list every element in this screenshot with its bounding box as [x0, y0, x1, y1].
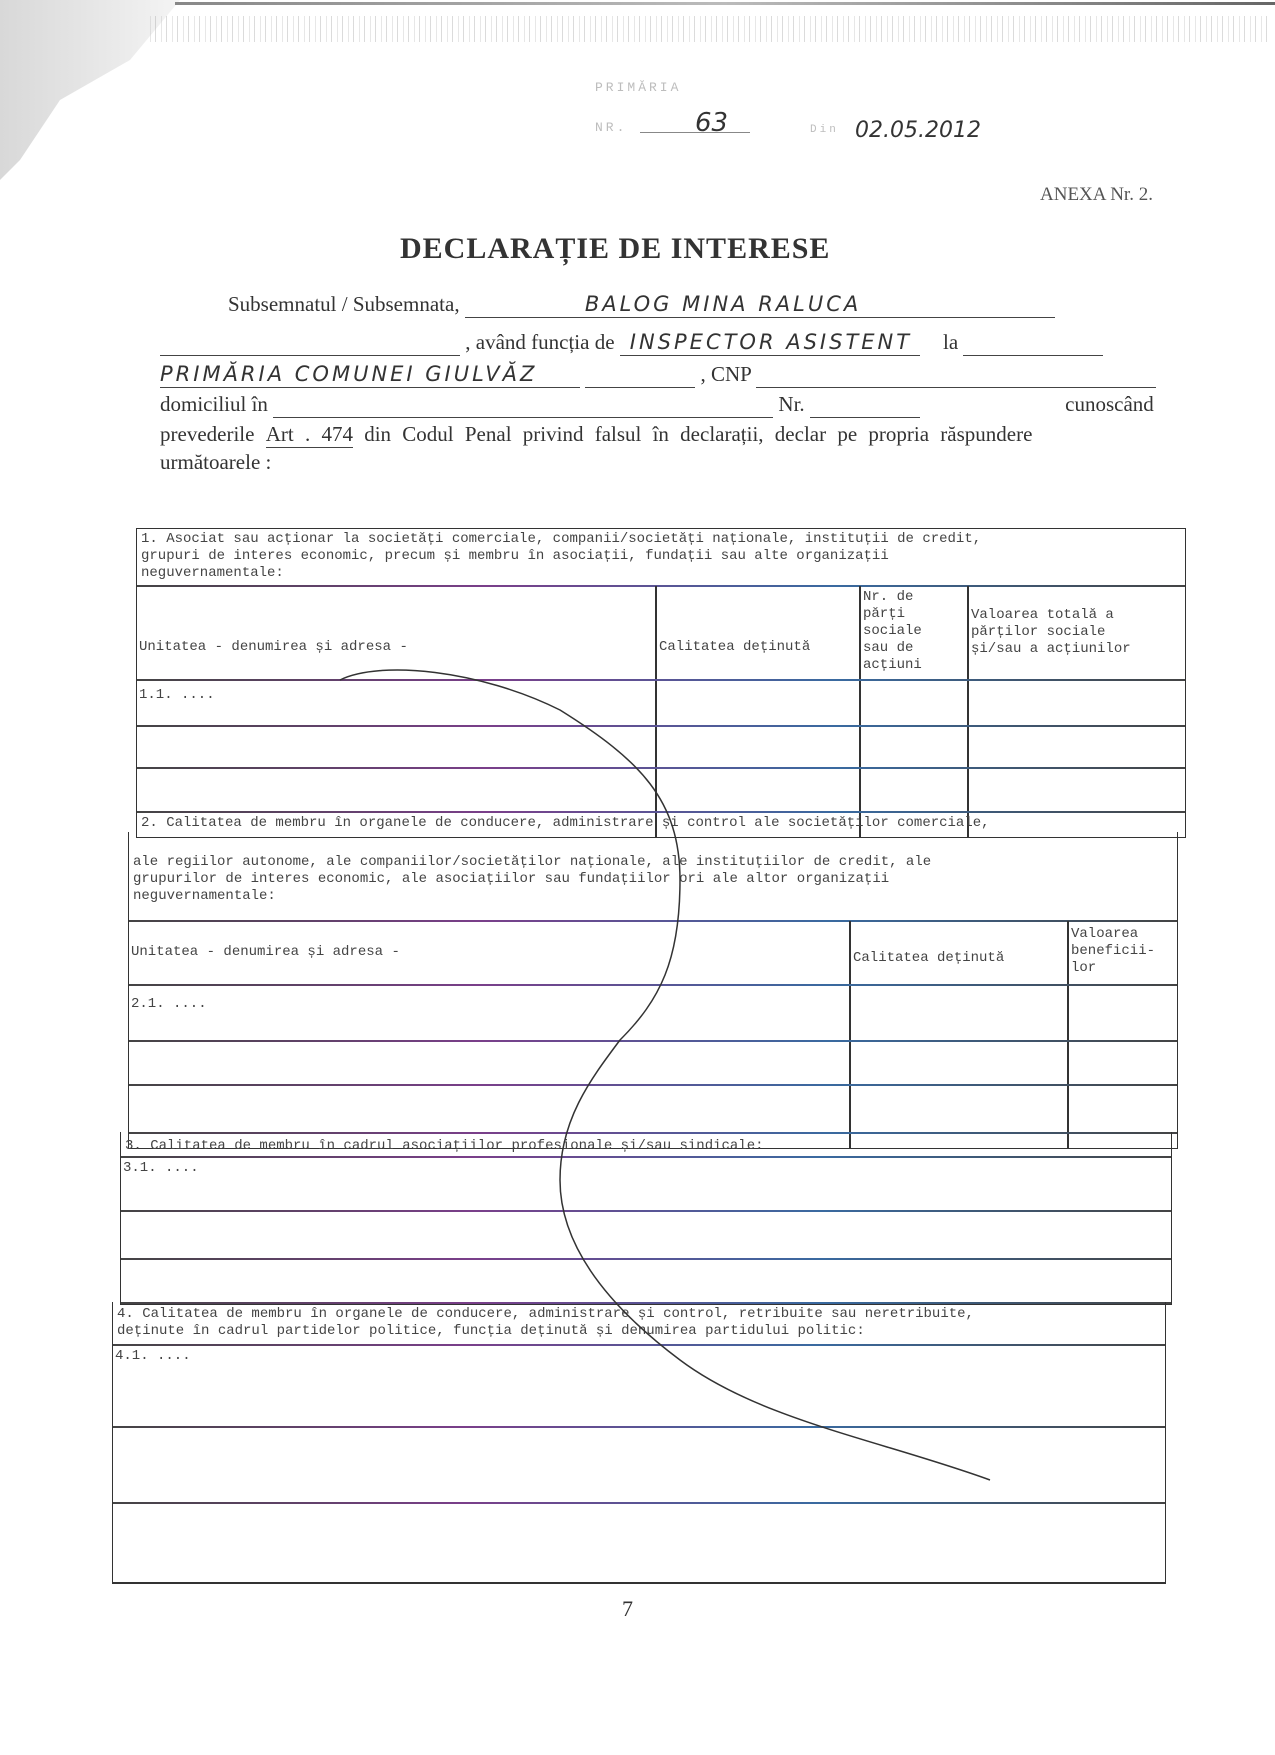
column-header-valoarea: Valoarea totală a părților sociale și/sa… [971, 607, 1131, 658]
label-cod-penal: din Codul Penal privind falsul în declar… [364, 422, 1032, 446]
divider [137, 725, 1185, 727]
col-divider [849, 921, 851, 1148]
section-1-heading: 1. Asociat sau acționar la societăți com… [141, 531, 981, 582]
column-header-calitatea: Calitatea deținută [659, 639, 810, 656]
header-line: părți [863, 606, 922, 623]
nr-field[interactable] [810, 392, 920, 418]
header-line: și/sau a acțiunilor [971, 641, 1131, 658]
divider [137, 679, 1185, 681]
label-cunoscand: cunoscând [1065, 392, 1154, 416]
intro-line-5: prevederile Art . 474 din Codul Penal pr… [160, 422, 1032, 448]
divider [129, 920, 1177, 922]
intro-line-1: Subsemnatul / Subsemnata, BALOG MINA RAL… [228, 292, 1055, 318]
stamp-header: PRIMĂRIA [595, 80, 681, 95]
col-divider [1067, 921, 1069, 1148]
stamp-date-value: 02.05.2012 [855, 118, 981, 143]
name-field[interactable]: BALOG MINA RALUCA [465, 292, 1055, 318]
registration-stamp: PRIMĂRIA NR. 63 Din 02.05.2012 [595, 80, 681, 95]
col-divider [859, 586, 861, 837]
intro-line-3: PRIMĂRIA COMUNEI GIULVĂZ , CNP [160, 362, 1156, 388]
divider [121, 1258, 1171, 1260]
label-la: la [943, 330, 958, 354]
column-header-calitatea: Calitatea deținută [853, 950, 1004, 967]
row-2-1-label: 2.1. .... [131, 996, 207, 1013]
column-header-valoarea-beneficiilor: Valoarea beneficii- lor [1071, 926, 1155, 977]
page-number: 7 [622, 1596, 633, 1622]
heading-line: 4. Calitatea de membru în organele de co… [117, 1306, 974, 1323]
divider [113, 1502, 1165, 1504]
row-3-1-label: 3.1. .... [123, 1160, 199, 1177]
divider [121, 1156, 1171, 1158]
label-prevederile: prevederile [160, 422, 254, 446]
section-2-table: ale regiilor autonome, ale companiilor/s… [128, 832, 1178, 1149]
column-header-unitatea: Unitatea - denumirea și adresa - [139, 639, 408, 656]
heading-line: grupuri de interes economic, precum și m… [141, 548, 981, 565]
heading-line: 1. Asociat sau acționar la societăți com… [141, 531, 981, 548]
header-line: Valoarea [1071, 926, 1155, 943]
label-functia: , având funcția de [465, 330, 614, 354]
label-domiciliul: domiciliul în [160, 392, 268, 416]
scan-noise [150, 16, 1270, 42]
label-urmatoarele: următoarele : [160, 450, 271, 474]
name-value: BALOG MINA RALUCA [585, 292, 861, 316]
header-line: acțiuni [863, 657, 922, 674]
label-subsemnatul: Subsemnatul / Subsemnata, [228, 292, 460, 316]
row-4-1-label: 4.1. .... [115, 1348, 191, 1365]
divider [129, 1040, 1177, 1042]
function-value: INSPECTOR ASISTENT [630, 330, 912, 354]
stamp-nr-label: NR. [595, 120, 627, 135]
section-4-table: 4. Calitatea de membru în organele de co… [112, 1302, 1166, 1584]
heading-line: deținute în cadrul partidelor politice, … [117, 1323, 974, 1340]
intro-line-4: domiciliul în Nr. cunoscând [160, 392, 1154, 418]
blank-field[interactable] [160, 330, 460, 356]
institution-field[interactable]: PRIMĂRIA COMUNEI GIULVĂZ [160, 362, 580, 388]
col-divider [655, 586, 657, 837]
divider [129, 1084, 1177, 1086]
blank-field-2[interactable] [585, 362, 695, 388]
divider [113, 1426, 1165, 1428]
column-header-unitatea: Unitatea - denumirea și adresa - [131, 944, 400, 961]
cnp-field[interactable] [756, 362, 1156, 388]
label-nr: Nr. [778, 392, 804, 416]
section-2-heading: ale regiilor autonome, ale companiilor/s… [133, 854, 931, 905]
header-line: sau de [863, 640, 922, 657]
divider [137, 585, 1185, 587]
annex-label: ANEXA Nr. 2. [1040, 184, 1153, 206]
header-line: Nr. de [863, 589, 922, 606]
heading-line: grupurilor de interes economic, ale asoc… [133, 871, 931, 888]
divider [137, 811, 1185, 813]
stamp-date-label: Din [810, 124, 839, 136]
domicile-field[interactable] [273, 392, 773, 418]
intro-line-6: următoarele : [160, 450, 271, 475]
scan-top-edge [175, 2, 1275, 5]
section-4-heading: 4. Calitatea de membru în organele de co… [117, 1306, 974, 1340]
header-line: părților sociale [971, 624, 1131, 641]
label-cnp: , CNP [701, 362, 752, 386]
article-field[interactable]: Art . 474 [266, 422, 353, 448]
page-title: DECLARAȚIE DE INTERESE [400, 232, 830, 266]
header-line: Valoarea totală a [971, 607, 1131, 624]
heading-line: neguvernamentale: [133, 888, 931, 905]
stamp-nr-value: 63 [695, 108, 728, 138]
intro-line-2: , având funcția de INSPECTOR ASISTENT la [160, 330, 1103, 356]
function-field[interactable]: INSPECTOR ASISTENT [620, 330, 920, 356]
divider [137, 767, 1185, 769]
header-line: sociale [863, 623, 922, 640]
institution-value: PRIMĂRIA COMUNEI GIULVĂZ [160, 362, 537, 386]
col-divider [967, 586, 969, 837]
row-1-1-label: 1.1. .... [139, 687, 215, 704]
section-1-table: 1. Asociat sau acționar la societăți com… [136, 528, 1186, 838]
section-3-table: 3. Calitatea de membru în cadrul asociaț… [120, 1132, 1172, 1305]
heading-line: neguvernamentale: [141, 565, 981, 582]
heading-line: ale regiilor autonome, ale companiilor/s… [133, 854, 931, 871]
divider [129, 984, 1177, 986]
section-3-heading: 3. Calitatea de membru în cadrul asociaț… [125, 1138, 764, 1155]
column-header-nr-parti: Nr. de părți sociale sau de acțiuni [863, 589, 922, 674]
divider [113, 1344, 1165, 1346]
divider [121, 1210, 1171, 1212]
la-field[interactable] [963, 330, 1103, 356]
section-2-heading-line: 2. Calitatea de membru în organele de co… [141, 815, 990, 832]
header-line: lor [1071, 960, 1155, 977]
header-line: beneficii- [1071, 943, 1155, 960]
